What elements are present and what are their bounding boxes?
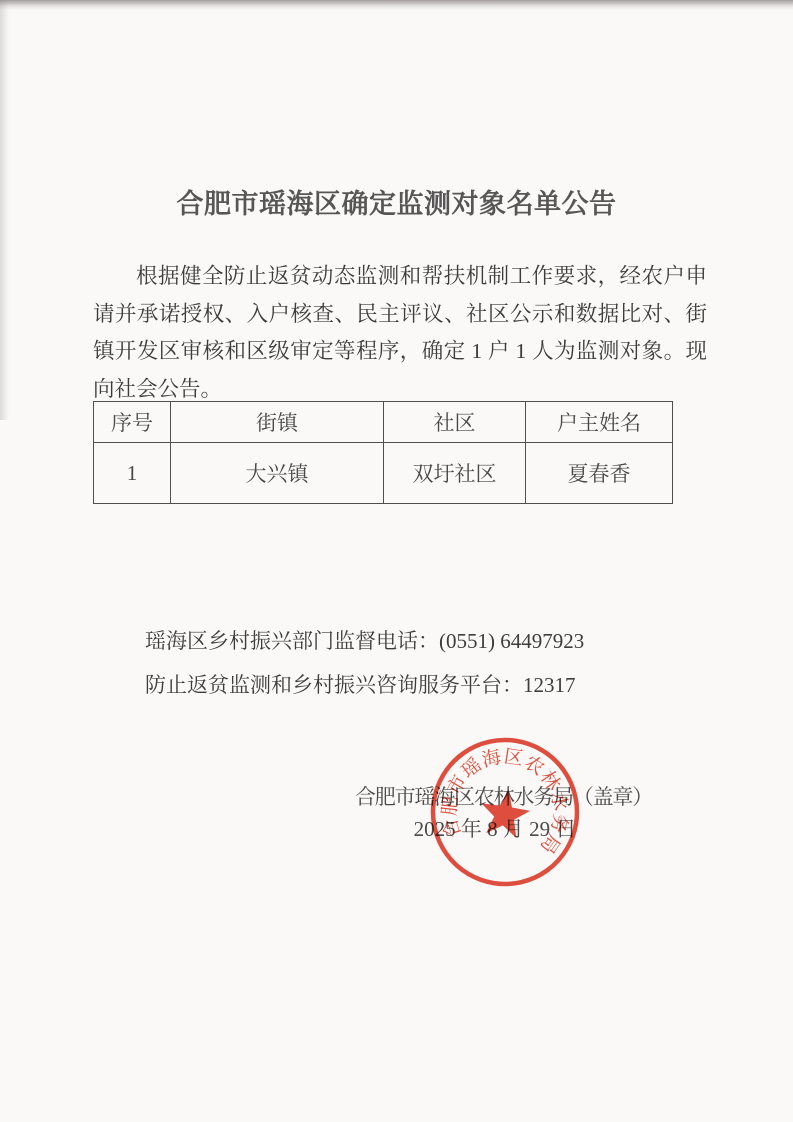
table-row: 1 大兴镇 双圩社区 夏春香 bbox=[94, 443, 673, 504]
official-seal: 合肥市瑶海区农林水务局 bbox=[407, 714, 604, 911]
table-header-row: 序号 街镇 社区 户主姓名 bbox=[94, 402, 673, 443]
body-paragraph: 根据健全防止返贫动态监测和帮扶机制工作要求，经农户申请并承诺授权、入户核查、民主… bbox=[93, 258, 707, 408]
svg-text:海: 海 bbox=[480, 746, 504, 772]
star-icon bbox=[477, 785, 533, 839]
scan-top-shadow bbox=[0, 0, 793, 10]
svg-text:肥: 肥 bbox=[438, 795, 462, 816]
contact-info: 瑶海区乡村振兴部门监督电话：(0551) 64497923 防止返贫监测和乡村振… bbox=[145, 629, 584, 717]
cell-householder-name: 夏春香 bbox=[526, 443, 673, 504]
svg-text:局: 局 bbox=[536, 829, 564, 857]
cell-town: 大兴镇 bbox=[171, 443, 384, 504]
svg-text:水: 水 bbox=[546, 790, 571, 813]
monitoring-subjects-table: 序号 街镇 社区 户主姓名 1 大兴镇 双圩社区 夏春香 bbox=[93, 401, 673, 504]
cell-serial-no: 1 bbox=[94, 443, 171, 504]
page-title: 合肥市瑶海区确定监测对象名单公告 bbox=[0, 182, 793, 221]
document-page: 合肥市瑶海区确定监测对象名单公告 根据健全防止返贫动态监测和帮扶机制工作要求，经… bbox=[0, 0, 793, 1122]
supervision-phone-line: 瑶海区乡村振兴部门监督电话：(0551) 64497923 bbox=[145, 629, 584, 653]
header-community: 社区 bbox=[384, 402, 526, 443]
header-town: 街镇 bbox=[171, 402, 384, 443]
service-platform-line: 防止返贫监测和乡村振兴咨询服务平台：12317 bbox=[145, 673, 584, 697]
svg-text:合: 合 bbox=[439, 816, 466, 841]
cell-community: 双圩社区 bbox=[384, 443, 526, 504]
header-householder-name: 户主姓名 bbox=[526, 402, 673, 443]
header-serial-no: 序号 bbox=[94, 402, 171, 443]
